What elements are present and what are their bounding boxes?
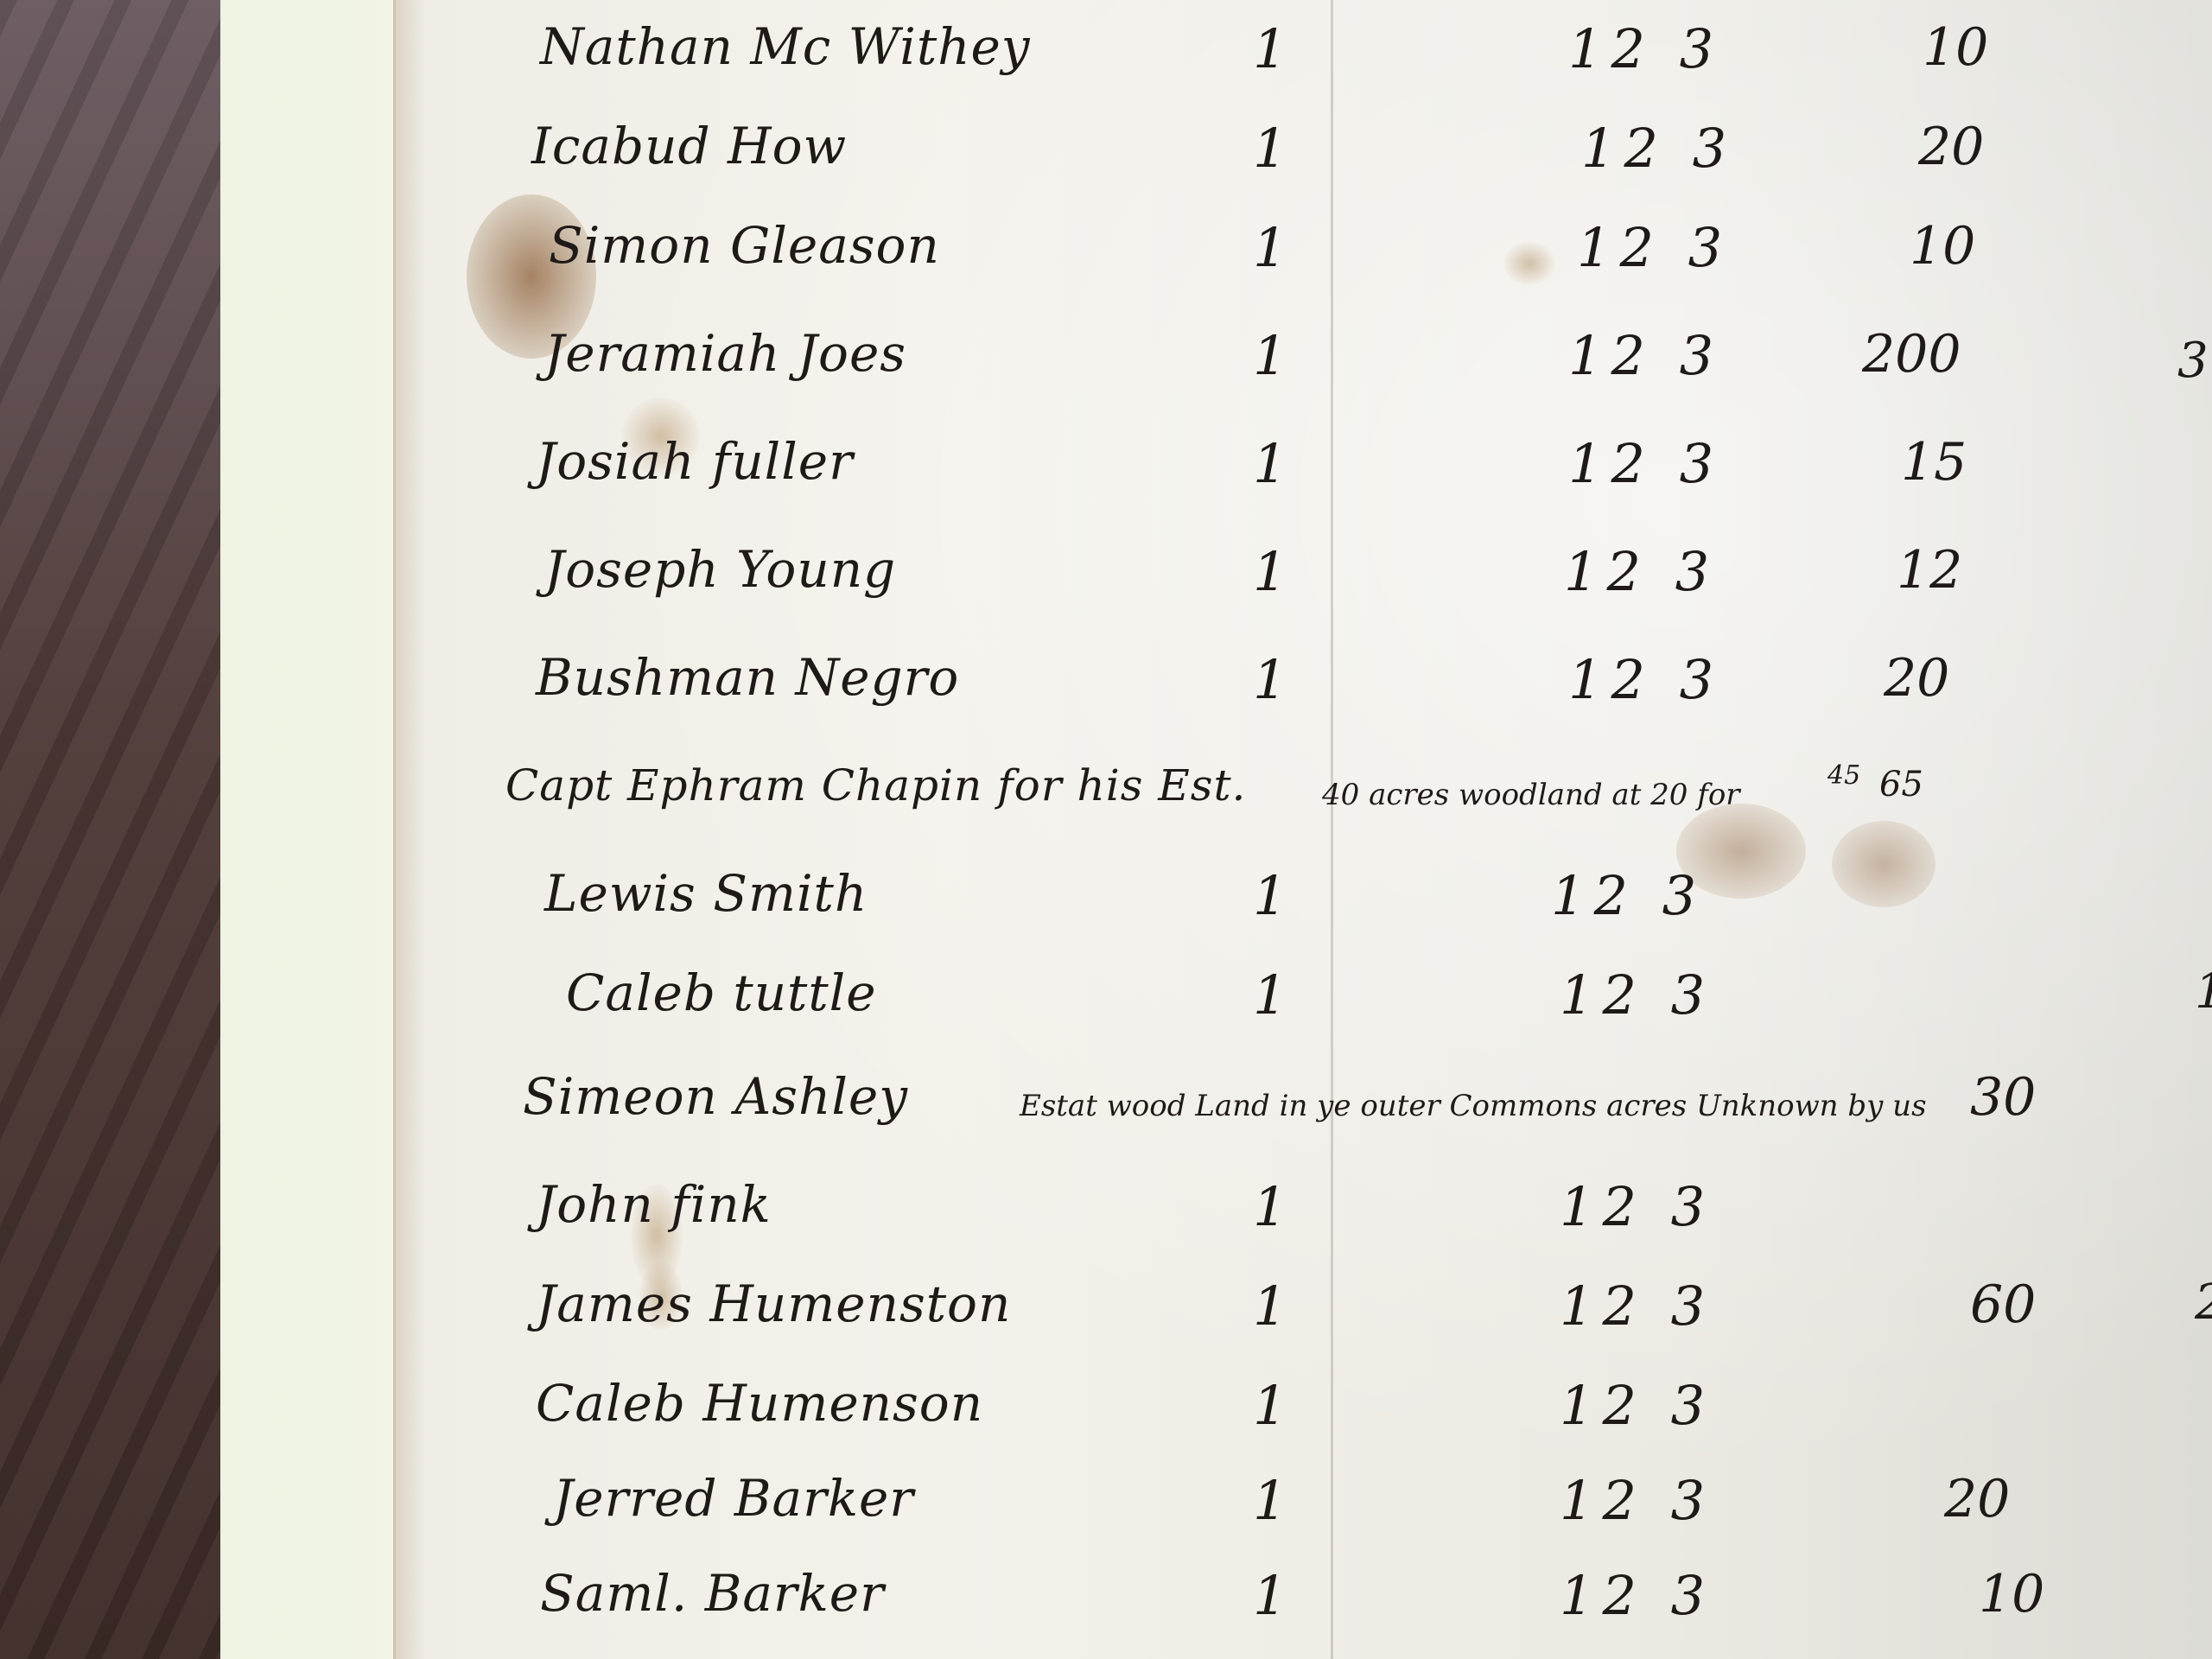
fraction-note: 45 bbox=[1827, 760, 1860, 791]
ledger-table: Nathan Mc Withey 1 12 3 10 Icabud How 1 … bbox=[0, 0, 2212, 1659]
ledger-row: Jerred Barker 1 12 3 20 bbox=[0, 1469, 2212, 1564]
taxpayer-name: Jeramiah Joes bbox=[544, 324, 906, 383]
tax-rate: 12 3 bbox=[1560, 1374, 1713, 1437]
ledger-row: Caleb tuttle 1 12 3 1 bbox=[0, 963, 2212, 1058]
poll-count: 1 bbox=[1253, 1564, 1287, 1627]
taxpayer-name: Caleb Humenson bbox=[536, 1374, 983, 1433]
taxpayer-name: James Humenston bbox=[536, 1274, 1011, 1333]
ledger-row: Nathan Mc Withey 1 12 3 10 bbox=[0, 17, 2212, 112]
taxpayer-name: Jerred Barker bbox=[553, 1469, 914, 1528]
ledger-row-estate: Simeon Ashley Estat wood Land in ye oute… bbox=[0, 1067, 2212, 1162]
tax-amount: 20 bbox=[1918, 117, 1984, 177]
estate-note: Estat wood Land in ye outer Commons acre… bbox=[1020, 1089, 1927, 1123]
tax-rate: 12 3 bbox=[1560, 1274, 1713, 1338]
estate-note: 40 acres woodland at 20 for bbox=[1322, 778, 1740, 812]
poll-count: 1 bbox=[1253, 324, 1287, 387]
taxpayer-name: Simeon Ashley bbox=[523, 1067, 908, 1126]
poll-count: 1 bbox=[1253, 1374, 1287, 1437]
taxpayer-name: Caleb tuttle bbox=[566, 963, 877, 1022]
taxpayer-name: Capt Ephram Chapin for his Est. bbox=[505, 760, 1246, 810]
ledger-row: Lewis Smith 1 12 3 bbox=[0, 864, 2212, 959]
tax-rate: 12 3 bbox=[1568, 17, 1722, 80]
tax-amount: 10 bbox=[1923, 17, 1988, 78]
poll-count: 1 bbox=[1253, 1469, 1287, 1532]
poll-count: 1 bbox=[1253, 216, 1287, 279]
tax-rate: 12 3 bbox=[1581, 117, 1735, 180]
poll-count: 1 bbox=[1253, 117, 1287, 180]
partial-column-mark: 3 bbox=[2177, 333, 2209, 389]
poll-count: 1 bbox=[1253, 1175, 1287, 1238]
taxpayer-name: John fink bbox=[536, 1175, 772, 1234]
tax-rate: 12 3 bbox=[1568, 324, 1722, 387]
ledger-row: Saml. Barker 1 12 3 10 bbox=[0, 1564, 2212, 1659]
poll-count: 1 bbox=[1253, 864, 1287, 927]
ledger-row: Josiah fuller 1 12 3 15 bbox=[0, 432, 2212, 527]
taxpayer-name: Joseph Young bbox=[544, 540, 896, 599]
tax-amount: 15 bbox=[1901, 432, 1967, 493]
taxpayer-name: Bushman Negro bbox=[536, 648, 959, 707]
taxpayer-name: Saml. Barker bbox=[540, 1564, 885, 1623]
partial-column-mark: 1 bbox=[2195, 963, 2212, 1020]
ledger-row: Simon Gleason 1 12 3 10 bbox=[0, 216, 2212, 311]
partial-column-mark: 2 bbox=[2195, 1274, 2212, 1331]
poll-count: 1 bbox=[1253, 648, 1287, 711]
tax-amount: 30 bbox=[1970, 1067, 2036, 1128]
taxpayer-name: Nathan Mc Withey bbox=[540, 17, 1031, 76]
poll-count: 1 bbox=[1253, 963, 1287, 1027]
tax-rate: 12 3 bbox=[1564, 540, 1718, 603]
taxpayer-name: Simon Gleason bbox=[549, 216, 940, 275]
tax-rate: 12 3 bbox=[1560, 1564, 1713, 1627]
tax-amount: 10 bbox=[1979, 1564, 2044, 1624]
tax-rate: 12 3 bbox=[1568, 648, 1722, 711]
ledger-row: Joseph Young 1 12 3 12 bbox=[0, 540, 2212, 635]
tax-amount: 200 bbox=[1862, 324, 1961, 385]
poll-count: 1 bbox=[1253, 17, 1287, 80]
tax-rate: 12 3 bbox=[1560, 963, 1713, 1027]
ledger-row: Icabud How 1 12 3 20 bbox=[0, 117, 2212, 212]
tax-rate: 12 3 bbox=[1560, 1175, 1713, 1238]
taxpayer-name: Icabud How bbox=[531, 117, 847, 175]
taxpayer-name: Lewis Smith bbox=[544, 864, 868, 923]
tax-rate: 12 3 bbox=[1568, 432, 1722, 495]
ledger-row: James Humenston 1 12 3 60 2 bbox=[0, 1274, 2212, 1370]
taxpayer-name: Josiah fuller bbox=[536, 432, 854, 491]
tax-amount: 20 bbox=[1884, 648, 1949, 709]
tax-amount: 65 bbox=[1879, 765, 1923, 804]
ledger-row: Bushman Negro 1 12 3 20 bbox=[0, 648, 2212, 743]
tax-rate: 12 3 bbox=[1560, 1469, 1713, 1532]
ledger-row-estate: Capt Ephram Chapin for his Est. 40 acres… bbox=[0, 760, 2212, 855]
tax-amount: 60 bbox=[1970, 1274, 2036, 1335]
ledger-row: Jeramiah Joes 1 12 3 200 3 bbox=[0, 324, 2212, 419]
ledger-row: Caleb Humenson 1 12 3 bbox=[0, 1374, 2212, 1469]
poll-count: 1 bbox=[1253, 432, 1287, 495]
tax-amount: 12 bbox=[1897, 540, 1962, 601]
poll-count: 1 bbox=[1253, 1274, 1287, 1338]
ledger-row: John fink 1 12 3 bbox=[0, 1175, 2212, 1270]
tax-amount: 20 bbox=[1944, 1469, 2010, 1529]
tax-rate: 12 3 bbox=[1577, 216, 1731, 279]
tax-amount: 10 bbox=[1910, 216, 1975, 276]
poll-count: 1 bbox=[1253, 540, 1287, 603]
tax-rate: 12 3 bbox=[1551, 864, 1705, 927]
